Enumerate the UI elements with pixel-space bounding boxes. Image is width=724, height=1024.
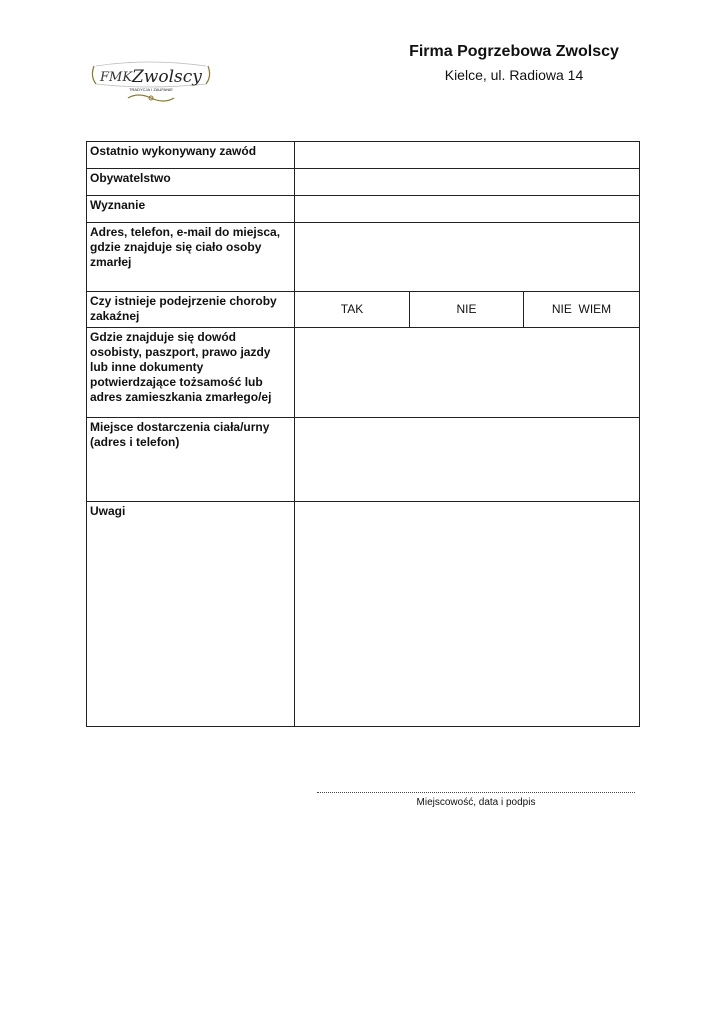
svg-text:Zwolscy: Zwolscy — [131, 67, 202, 87]
citizenship-field[interactable] — [295, 169, 640, 196]
form-row: Adres, telefon, e-mail do miejsca, gdzie… — [87, 223, 640, 292]
documents-location-field[interactable] — [295, 328, 640, 418]
company-name: Firma Pogrzebowa Zwolscy — [380, 43, 648, 61]
company-logo: FMK Zwolscy TRADYCJA I ZAUFANIE — [88, 52, 214, 104]
form-row: Miejsce dostarczenia ciała/urny (adres i… — [87, 418, 640, 502]
religion-field[interactable] — [295, 196, 640, 223]
form-row: Uwagi — [87, 502, 640, 727]
company-address: Kielce, ul. Radiowa 14 — [380, 67, 648, 83]
option-yes[interactable]: TAK — [295, 292, 410, 328]
field-label: Czy istnieje podejrzenie choroby zakaźne… — [87, 292, 295, 328]
form-row: Wyznanie — [87, 196, 640, 223]
form-table: Ostatnio wykonywany zawód Obywatelstwo W… — [86, 141, 640, 727]
body-location-contact-field[interactable] — [295, 223, 640, 292]
field-label: Ostatnio wykonywany zawód — [87, 142, 295, 169]
occupation-field[interactable] — [295, 142, 640, 169]
field-label: Wyznanie — [87, 196, 295, 223]
form-row: Ostatnio wykonywany zawód — [87, 142, 640, 169]
signature-label: Miejscowość, data i podpis — [317, 797, 635, 808]
field-label: Adres, telefon, e-mail do miejsca, gdzie… — [87, 223, 295, 292]
option-no[interactable]: NIE — [410, 292, 524, 328]
form-row: Obywatelstwo — [87, 169, 640, 196]
svg-text:TRADYCJA I ZAUFANIE: TRADYCJA I ZAUFANIE — [129, 87, 173, 92]
delivery-place-field[interactable] — [295, 418, 640, 502]
form-row: Czy istnieje podejrzenie choroby zakaźne… — [87, 292, 640, 328]
signature-line[interactable] — [317, 792, 635, 793]
notes-field[interactable] — [295, 502, 640, 727]
field-label: Gdzie znajduje się dowód osobisty, paszp… — [87, 328, 295, 418]
funeral-home-logo-icon: FMK Zwolscy TRADYCJA I ZAUFANIE — [88, 52, 214, 104]
svg-text:FMK: FMK — [99, 70, 133, 85]
field-label: Obywatelstwo — [87, 169, 295, 196]
form-row: Gdzie znajduje się dowód osobisty, paszp… — [87, 328, 640, 418]
field-label: Uwagi — [87, 502, 295, 727]
field-label: Miejsce dostarczenia ciała/urny (adres i… — [87, 418, 295, 502]
option-dont-know[interactable]: NIE WIEM — [524, 292, 640, 328]
